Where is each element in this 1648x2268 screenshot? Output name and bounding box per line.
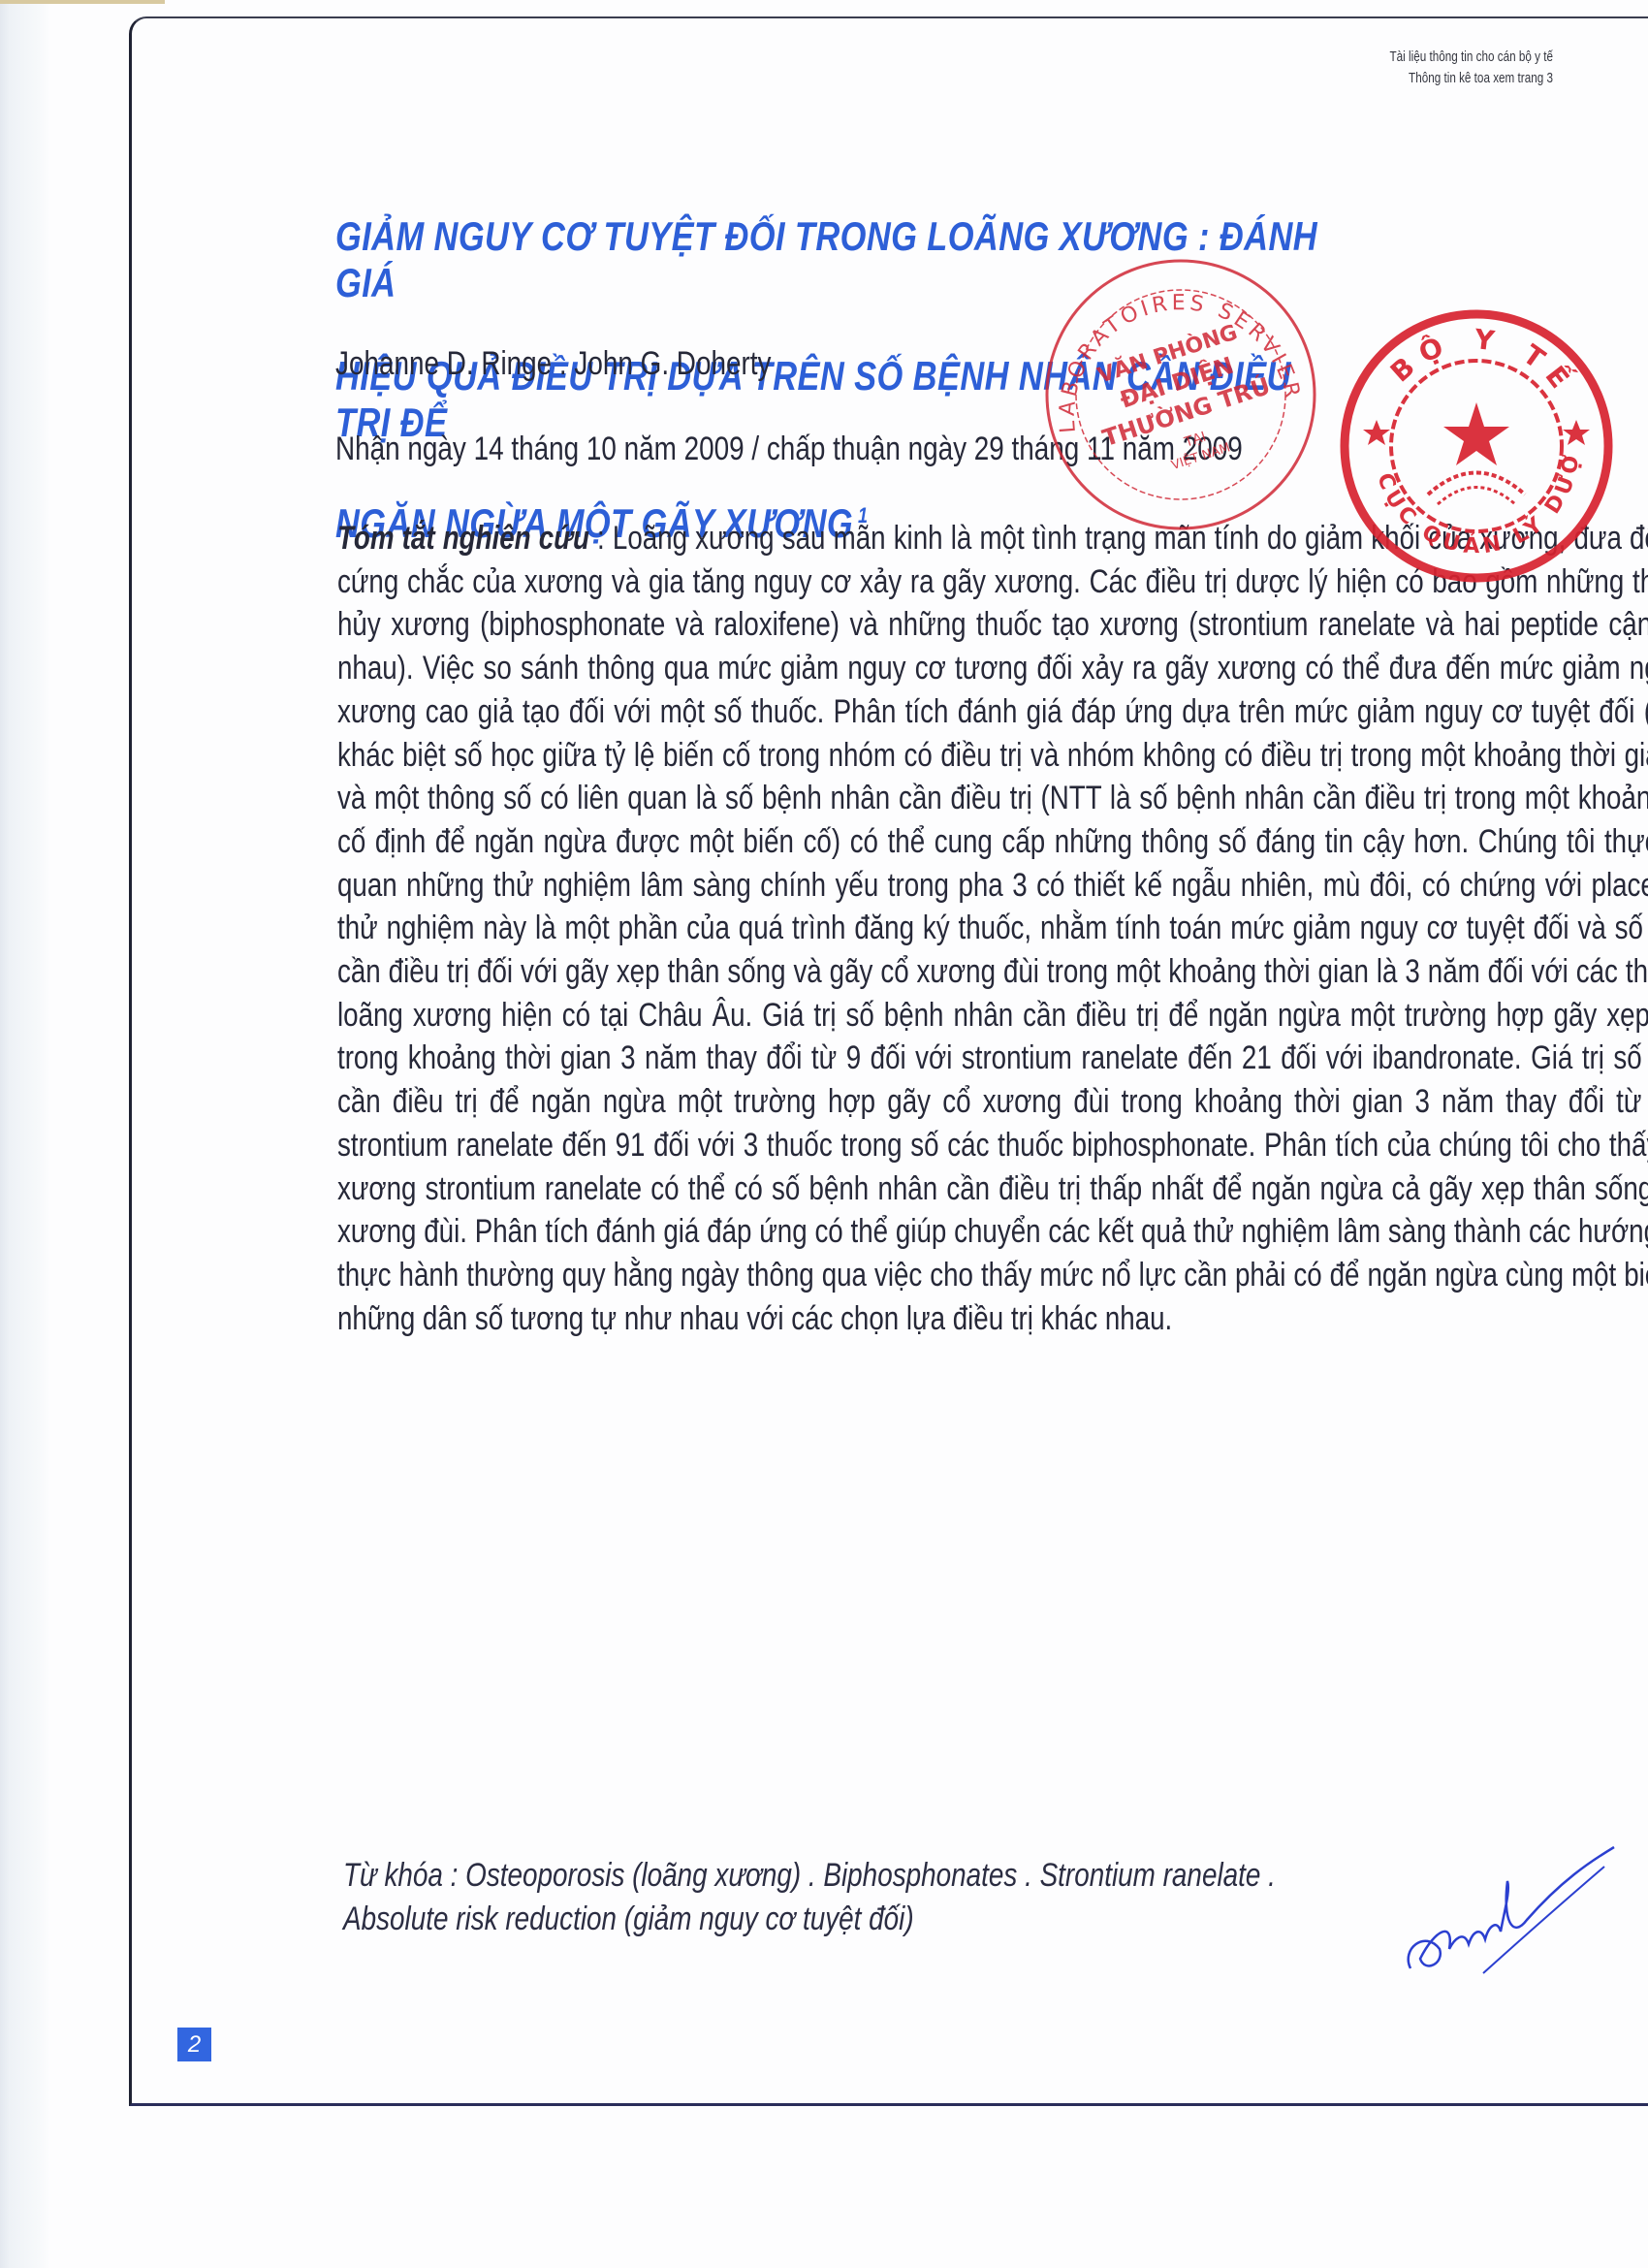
abstract-label: Tóm tắt nghiên cứu xyxy=(337,520,589,557)
ministry-seal-icon: BỘ Y TẾ CỤC QUẢN LÝ DƯỢC xyxy=(1336,305,1617,587)
page-number-badge: 2 xyxy=(177,2028,211,2061)
scan-edge xyxy=(0,0,50,2268)
laboratoires-stamp-icon: LABORATOIRES SERVIER VĂN PHÒNG ĐẠI DIỆN … xyxy=(1040,254,1321,535)
header-note-line-2: Thông tin kê toa xem trang 3 xyxy=(1390,68,1553,89)
header-note: Tài liệu thông tin cho cán bộ y tế Thông… xyxy=(1390,47,1553,89)
signature-icon xyxy=(1396,1804,1629,1988)
scan-edge-top xyxy=(0,0,165,4)
abstract-text: : Loãng xương sau mãn kinh là một tình t… xyxy=(337,520,1648,1337)
authors: Johanne D. Ringe . John G. Doherty xyxy=(335,345,771,383)
abstract: Tóm tắt nghiên cứu : Loãng xương sau mãn… xyxy=(337,517,1648,1340)
header-note-line-1: Tài liệu thông tin cho cán bộ y tế xyxy=(1390,47,1553,68)
